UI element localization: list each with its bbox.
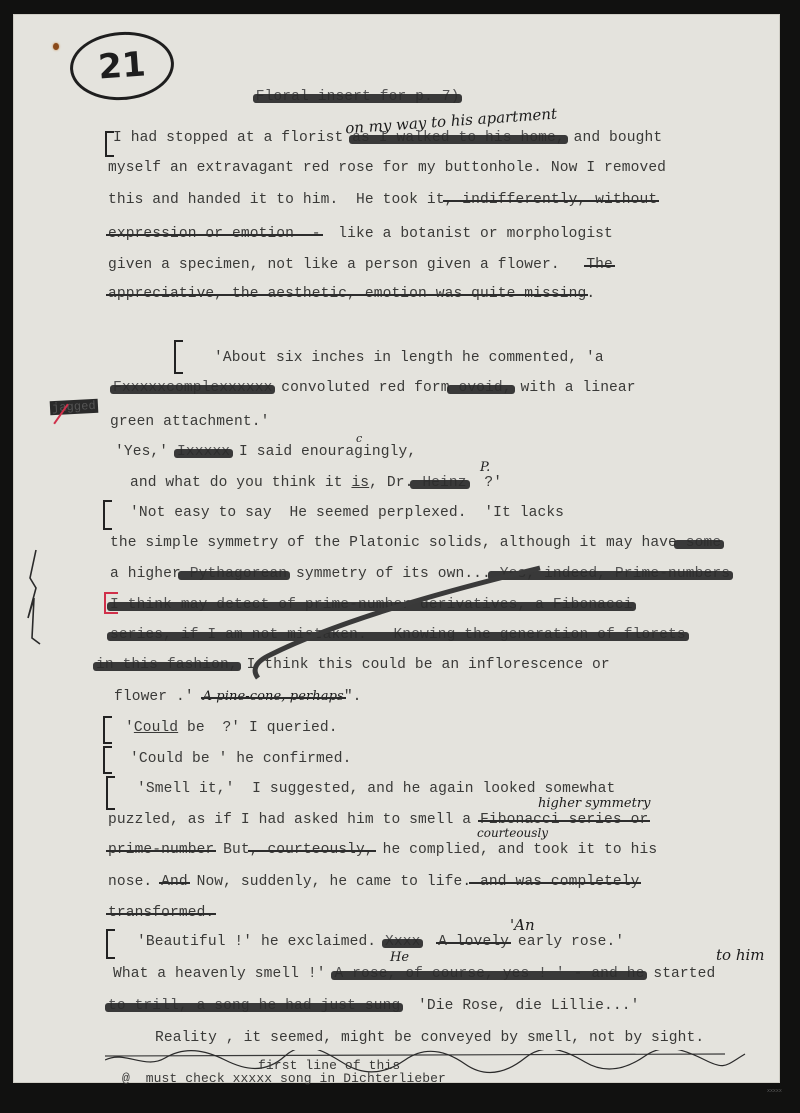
text-line-18: flower .' A pine-cone, perhaps". <box>114 689 362 705</box>
handwritten-higher-symmetry: higher symmetry <box>538 796 650 811</box>
text-line-21: 'Smell it,' I suggested, and he again lo… <box>137 781 615 797</box>
text-line-27: What a heavenly smell !' A rose, of cour… <box>113 966 715 982</box>
deletion-curve-stroke <box>250 560 550 680</box>
paragraph-bracket <box>103 716 112 744</box>
paragraph-bracket <box>174 340 183 374</box>
handwritten-p: P. <box>480 460 490 475</box>
text-line-23: prime-number But, courteously, he compli… <box>108 842 657 858</box>
footer-note: @ must check xxxxx song in Dichterlieber <box>122 1071 446 1086</box>
page-title: Floral insert for p. 7) <box>238 73 459 105</box>
text-line-5: given a specimen, not like a person give… <box>108 257 613 273</box>
text-line-25: transformed. <box>108 905 214 921</box>
text-line-13: the simple symmetry of the Platonic soli… <box>110 535 721 551</box>
red-bracket-mark <box>104 592 118 614</box>
text-line-1: I had stopped at a florist as I walked t… <box>113 130 662 146</box>
handwritten-c: c <box>356 432 362 445</box>
ink-stain <box>53 43 59 50</box>
text-line-2: myself an extravagant red rose for my bu… <box>108 160 666 176</box>
text-line-4: expression or emotion - like a botanist … <box>108 226 613 242</box>
text-line-7: 'About six inches in length he commented… <box>214 350 604 366</box>
text-line-29: Reality , it seemed, might be conveyed b… <box>155 1030 704 1046</box>
text-line-10: 'Yes,' Ixxxxx I said enouragingly, <box>115 444 416 460</box>
text-line-28: to trill, a song he had just sung 'Die R… <box>108 998 639 1014</box>
handwritten-he: He <box>390 950 409 965</box>
text-line-8: Fxxxxxcomplexxxxxx convoluted red form o… <box>113 380 636 396</box>
paragraph-bracket <box>103 746 112 774</box>
text-line-26: 'Beautiful !' he exclaimed. Xxxx A lovel… <box>137 934 624 950</box>
text-line-12: 'Not easy to say He seemed perplexed. 'I… <box>130 505 564 521</box>
handwritten-to-him: to him <box>716 946 765 964</box>
handwritten-courteously: courteously <box>477 826 548 840</box>
paragraph-bracket <box>106 776 115 810</box>
handwritten-an: 'An <box>510 916 535 934</box>
text-line-11: and what do you think it is, Dr. Heinz ?… <box>130 475 502 491</box>
text-line-24: nose. And Now, suddenly, he came to life… <box>108 874 639 890</box>
archive-stamp: xxxxx <box>767 1088 782 1094</box>
margin-note-jagged: jagged <box>50 399 98 415</box>
paragraph-bracket <box>106 929 115 959</box>
margin-scribble <box>22 548 48 648</box>
text-line-19: 'Could be ?' I queried. <box>125 720 338 736</box>
text-line-22: puzzled, as if I had asked him to smell … <box>108 812 648 828</box>
text-line-9: green attachment.' <box>110 414 269 430</box>
paragraph-bracket <box>103 500 112 530</box>
text-line-20: 'Could be ' he confirmed. <box>130 751 351 767</box>
text-line-3: this and handed it to him. He took it, i… <box>108 192 657 208</box>
text-line-6: appreciative, the aesthetic, emotion was… <box>108 286 595 302</box>
